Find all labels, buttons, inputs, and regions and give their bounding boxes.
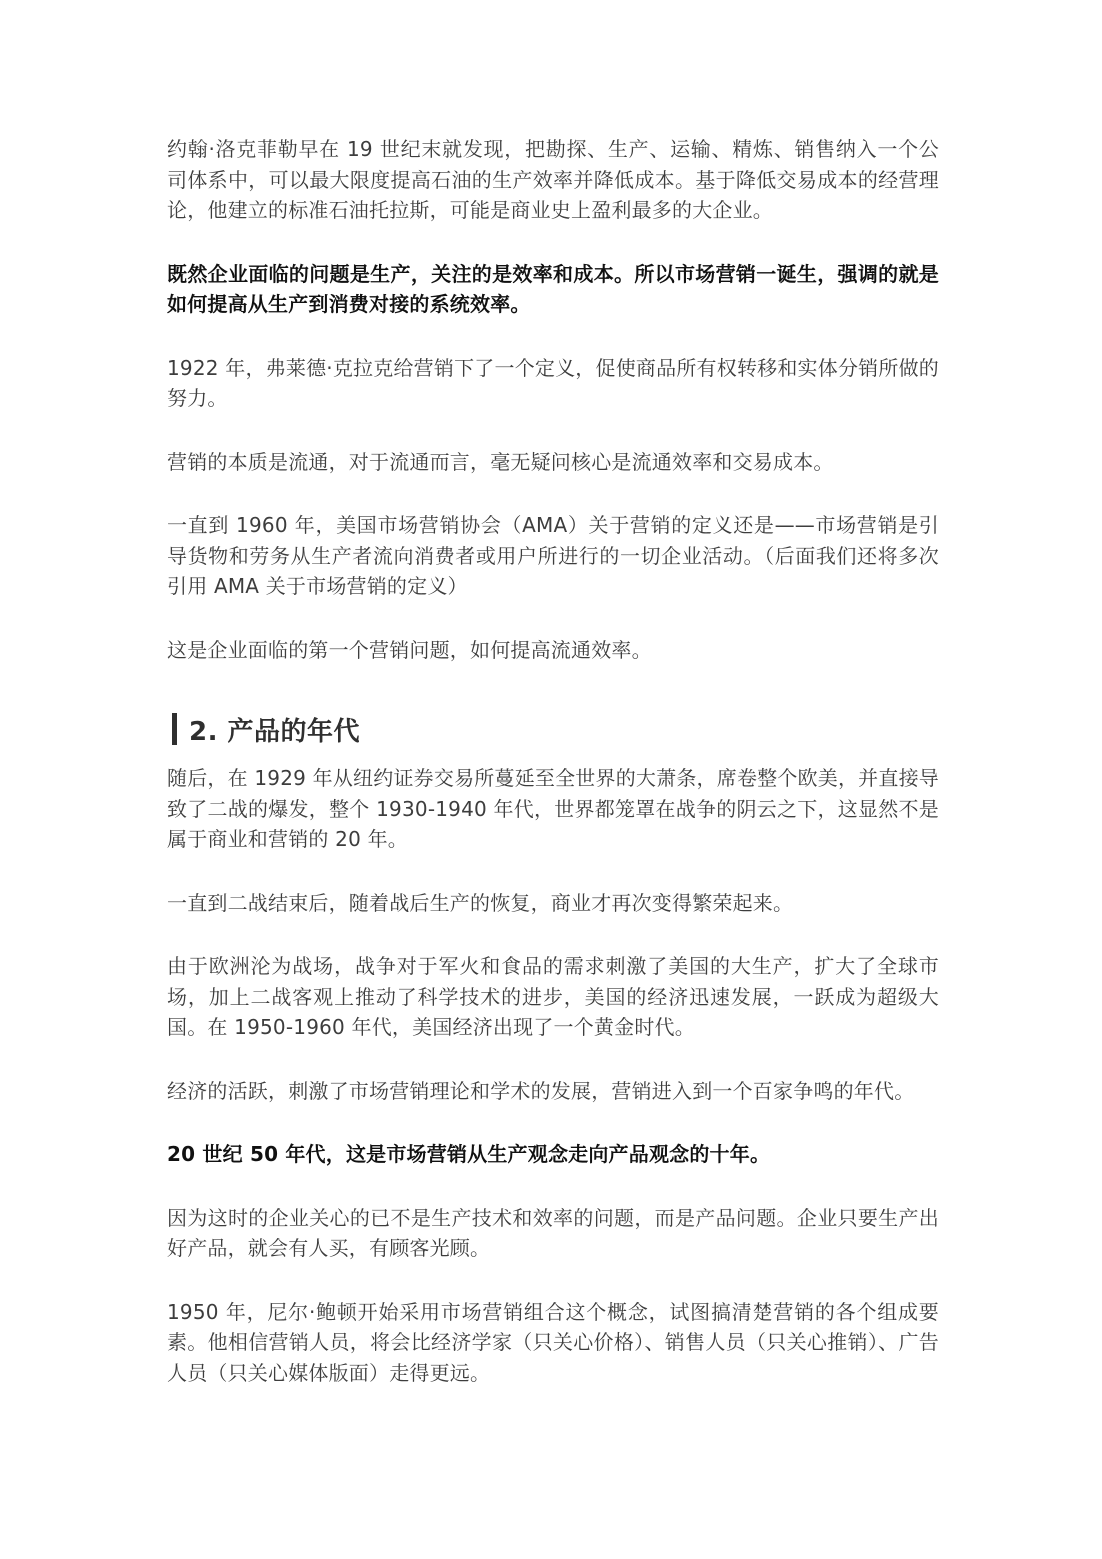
paragraph-post-war: 一直到二战结束后，随着战后生产的恢复，商业才再次变得繁荣起来。 — [167, 888, 939, 919]
paragraph-borden-marketing-mix: 1950 年，尼尔·鲍顿开始采用市场营销组合这个概念，试图搞清楚营销的各个组成要… — [167, 1297, 939, 1389]
spacer — [167, 1106, 939, 1139]
paragraph-product-concern: 因为这时的企业关心的已不是生产技术和效率的问题，而是产品问题。企业只要生产出好产… — [167, 1203, 939, 1264]
section-heading-text: 2. 产品的年代 — [189, 711, 360, 748]
spacer — [167, 855, 939, 888]
spacer — [167, 226, 939, 259]
paragraph-first-problem: 这是企业面临的第一个营销问题，如何提高流通效率。 — [167, 635, 939, 666]
article-body: 约翰·洛克菲勒早在 19 世纪末就发现，把勘探、生产、运输、精炼、销售纳入一个公… — [167, 134, 939, 1388]
spacer — [167, 1043, 939, 1076]
paragraph-rockefeller: 约翰·洛克菲勒早在 19 世纪末就发现，把勘探、生产、运输、精炼、销售纳入一个公… — [167, 134, 939, 226]
paragraph-clark-definition: 1922 年，弗莱德·克拉克给营销下了一个定义，促使商品所有权转移和实体分销所做… — [167, 353, 939, 414]
spacer — [167, 749, 939, 763]
paragraph-great-depression: 随后，在 1929 年从纽约证券交易所蔓延至全世界的大萧条，席卷整个欧美，并直接… — [167, 763, 939, 855]
spacer — [167, 602, 939, 635]
paragraph-theory-development: 经济的活跃，刺激了市场营销理论和学术的发展，营销进入到一个百家争鸣的年代。 — [167, 1076, 939, 1107]
spacer — [167, 320, 939, 353]
spacer — [167, 665, 939, 709]
paragraph-us-golden-age: 由于欧洲沦为战场，战争对于军火和食品的需求刺激了美国的大生产，扩大了全球市场，加… — [167, 951, 939, 1043]
section-heading: 2. 产品的年代 — [167, 709, 939, 749]
spacer — [167, 477, 939, 510]
paragraph-emphasis-1950s: 20 世纪 50 年代，这是市场营销从生产观念走向产品观念的十年。 — [167, 1139, 939, 1170]
paragraph-ama-definition: 一直到 1960 年，美国市场营销协会（AMA）关于营销的定义还是——市场营销是… — [167, 510, 939, 602]
spacer — [167, 918, 939, 951]
spacer — [167, 1170, 939, 1203]
spacer — [167, 1264, 939, 1297]
paragraph-emphasis-efficiency: 既然企业面临的问题是生产，关注的是效率和成本。所以市场营销一诞生，强调的就是如何… — [167, 259, 939, 320]
paragraph-marketing-essence: 营销的本质是流通，对于流通而言，毫无疑问核心是流通效率和交易成本。 — [167, 447, 939, 478]
spacer — [167, 414, 939, 447]
heading-bar-decoration — [172, 713, 177, 745]
